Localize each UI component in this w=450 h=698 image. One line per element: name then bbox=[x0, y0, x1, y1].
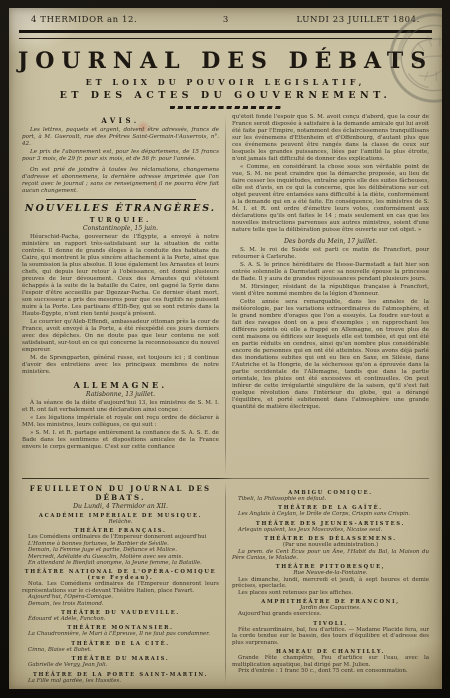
feuilleton-left-column: FEUILLETON DU JOURNAL DES DÉBATS. Du Lun… bbox=[22, 482, 219, 684]
venue-entry: THÉÂTRE NATIONAL DE L'OPÉRA-COMIQUE (rue… bbox=[22, 569, 219, 607]
venue-line: Demain, les trois Raimond. bbox=[22, 601, 219, 607]
avis-paragraph: Les lettres, paquets et argent, doivent … bbox=[22, 127, 219, 148]
feuilleton-dateline: Du Lundi, 4 Thermidor an XII. bbox=[22, 503, 219, 510]
feuilleton-section: FEUILLETON DU JOURNAL DES DÉBATS. Du Lun… bbox=[9, 478, 442, 689]
venue-line: Arlequin opulent, les Jeux Moscovites, N… bbox=[232, 527, 429, 533]
venue-entry: THÉÂTRE DES JEUNES-ARTISTES. Arlequin op… bbox=[232, 521, 429, 533]
venue-line: La Fille mal gardée, les Hussites. bbox=[22, 678, 219, 684]
avis-paragraph: On est prié de joindre à toutes les récl… bbox=[22, 167, 219, 195]
revolutionary-date: 4 THERMIDOR an 12. bbox=[31, 15, 137, 25]
venue-line: Relâche. bbox=[22, 519, 219, 525]
venue-line: Fête extraordinaire, bal, feu d'artifice… bbox=[232, 627, 429, 646]
column-divider bbox=[225, 482, 226, 684]
venue-line: Édouard et Adèle, Fanchon. bbox=[22, 616, 219, 622]
left-column: AVIS. Les lettres, paquets et argent, do… bbox=[22, 114, 219, 476]
masthead-rule bbox=[19, 30, 432, 39]
venue-line: Gabrielle de Vergy, Jean Joli. bbox=[22, 662, 219, 668]
body-paragraph: M. Hirsinger, résidant de la république … bbox=[232, 284, 429, 298]
body-paragraph: M. de Sprengparten, général russe, est t… bbox=[22, 355, 219, 376]
body-paragraph: qu'étoit fondé l'espoir que S. M. avoit … bbox=[232, 114, 429, 163]
feuilleton-right-column: AMBIGU COMIQUE. Tibeli, la Philosophie e… bbox=[232, 482, 429, 684]
venue-entry: THÉÂTRE DU MARAIS. Gabrielle de Vergy, J… bbox=[22, 656, 219, 668]
section-rule bbox=[46, 199, 196, 200]
allemagne-dateline: Ratisbonne, 13 juillet. bbox=[22, 391, 219, 398]
avis-paragraph: Le prix de l'abonnement est, pour les dé… bbox=[22, 149, 219, 163]
body-paragraph: Cette année sera remarquable, dans les a… bbox=[232, 299, 429, 411]
venue-entry: THÉÂTRE PITTORESQUE, Rue Neuve-de-la-Fon… bbox=[232, 564, 429, 596]
venue-line: Grande Fête champêtre, Feu d'artifice su… bbox=[232, 655, 429, 668]
turquie-dateline: Constantinople, 15 juin. bbox=[22, 225, 219, 232]
venue-entry: THÉÂTRE DU VAUDEVILLE. Édouard et Adèle,… bbox=[22, 610, 219, 622]
venue-name: THÉÂTRE DE LA PORTE SAINT-MARTIN. bbox=[22, 672, 219, 678]
venue-line: Les Comédiens ordinaires de l'Empereur d… bbox=[22, 534, 219, 540]
venue-line: Cinna, Blaise et Babet. bbox=[22, 647, 219, 653]
feuilleton-columns: FEUILLETON DU JOURNAL DES DÉBATS. Du Lun… bbox=[9, 482, 442, 684]
venue-entry: TIVOLI. Fête extraordinaire, bal, feu d'… bbox=[232, 621, 429, 646]
venue-entry: THÉÂTRE DE LA GAÎTÉ. Les Anglais à Ceyla… bbox=[232, 505, 429, 517]
page-title: JOURNAL DES DÉBATS bbox=[9, 48, 442, 74]
nouvelles-heading: NOUVELLES ÉTRANGÈRES. bbox=[22, 203, 219, 214]
newspaper-page: 4 THERMIDOR an 12. 3 LUNDI 23 JUILLET 18… bbox=[9, 8, 442, 689]
venue-line: La prem. de Cent Écus pour un Âne, l'Hab… bbox=[232, 549, 429, 562]
body-paragraph: Héurschid-Pacha, gouverneur de l'Égypte,… bbox=[22, 234, 219, 318]
venue-line: Aujourd'hui grands exercices. bbox=[232, 611, 429, 617]
venue-line: Les dimanche, lundi, mercredi et jeudi, … bbox=[232, 577, 429, 590]
venue-entry: THÉÂTRE FRANÇAIS. Les Comédiens ordinair… bbox=[22, 528, 219, 566]
feuilleton-rule bbox=[22, 478, 429, 479]
dateline-row: 4 THERMIDOR an 12. 3 LUNDI 23 JUILLET 18… bbox=[31, 15, 420, 25]
turquie-heading: TURQUIE. bbox=[22, 216, 219, 224]
venue-entry: THÉÂTRE DES DÉLASSEMENS. (Par une nouvel… bbox=[232, 536, 429, 561]
right-column: qu'étoit fondé l'espoir que S. M. avoit … bbox=[232, 114, 429, 476]
venue-entry: AMBIGU COMIQUE. Tibeli, la Philosophie e… bbox=[232, 490, 429, 502]
body-paragraph: À la séance de la diète d'aujourd'hui 13… bbox=[22, 400, 219, 414]
venue-entry: ACADÉMIE IMPÉRIALE DE MUSIQUE. Relâche. bbox=[22, 513, 219, 525]
masthead-subtitle-1: ET LOIX DU POUVOIR LEGISLATIF, bbox=[9, 77, 442, 87]
avis-section: AVIS. Les lettres, paquets et argent, do… bbox=[22, 116, 219, 195]
body-paragraph: S. M. le roi de Suède est parti ce matin… bbox=[232, 247, 429, 261]
venue-entry: THÉÂTRE DE LA PORTE SAINT-MARTIN. La Fil… bbox=[22, 672, 219, 684]
avis-heading: AVIS. bbox=[22, 116, 219, 125]
venue-line: Nota. Les Comédiens ordinaires de l'Empe… bbox=[22, 581, 219, 594]
venue-entry: THÉÂTRE MONTANSIER. La Chaudronnière, le… bbox=[22, 625, 219, 637]
body-paragraph: « Comme, en considérant la chose sous so… bbox=[232, 164, 429, 234]
body-paragraph: « Les légations impériale et royale ont … bbox=[22, 415, 219, 429]
body-paragraph: S. A. S. le prince héréditaire de Hesse-… bbox=[232, 262, 429, 283]
body-paragraph: Le courrier qu'Aleb-Effendi, ambassadeur… bbox=[22, 319, 219, 354]
venue-entry: THÉÂTRE DE LA CITÉ. Cinna, Blaise et Bab… bbox=[22, 641, 219, 653]
venue-line: La Chaudronnière, le Mari à l'Épreuve, I… bbox=[22, 631, 219, 637]
body-columns: AVIS. Les lettres, paquets et argent, do… bbox=[9, 114, 442, 476]
mein-dateline: Des bords du Mein, 17 juillet. bbox=[232, 238, 429, 245]
column-divider bbox=[225, 114, 226, 476]
venue-line: Les Anglais à Ceylan, le Drôle de Corps,… bbox=[232, 511, 429, 517]
feuilleton-heading: FEUILLETON DU JOURNAL DES DÉBATS. bbox=[22, 484, 219, 502]
nouvelles-etrangeres-section: NOUVELLES ÉTRANGÈRES. TURQUIE. Constanti… bbox=[22, 203, 219, 451]
dashed-separator bbox=[170, 106, 282, 109]
venue-name: THÉÂTRE NATIONAL DE L'OPÉRA-COMIQUE (rue… bbox=[22, 569, 219, 581]
venue-line: En attendant le Bienfait anonyme, la Jeu… bbox=[22, 560, 219, 566]
page-number: 3 bbox=[223, 15, 229, 25]
venue-entry: AMPHITHÉÂTRE DE FRANCONI, Jardin des Cap… bbox=[232, 599, 429, 618]
venue-line: Les places sont retenues par les affiche… bbox=[232, 590, 429, 596]
masthead-subtitle-2: ET DES ACTES DU GOUVERNEMENT. bbox=[9, 90, 442, 101]
venue-line: Prix d'entrée : 1 franc 50 c., dont 75 c… bbox=[232, 668, 429, 674]
venue-entry: HAMEAU DE CHANTILLY. Grande Fête champêt… bbox=[232, 649, 429, 674]
venue-name: THÉÂTRE DES JEUNES-ARTISTES. bbox=[232, 521, 429, 527]
scanned-newspaper-photo: { "header": { "date_left": "4 THERMIDOR … bbox=[0, 0, 450, 698]
allemagne-heading: ALLEMAGNE. bbox=[22, 380, 219, 390]
venue-line: Tibeli, la Philosophie en défaut. bbox=[232, 496, 429, 502]
body-paragraph: » S. M. I. et R. partage entièrement la … bbox=[22, 430, 219, 451]
